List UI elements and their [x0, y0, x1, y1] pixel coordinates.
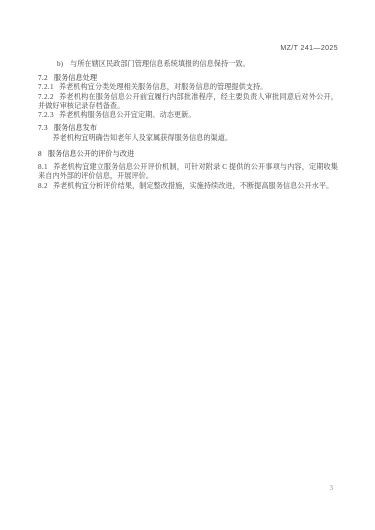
- clause-text: 养老机构服务信息公开宜定期、动态更新。: [59, 111, 196, 119]
- list-item-text: 与所在辖区民政部门管理信息系统填报的信息保持一致。: [70, 60, 250, 68]
- paragraph-text: 养老机构宜明确告知老年人及家属获得服务信息的渠道。: [52, 134, 232, 142]
- section-title: 服务信息发布: [54, 124, 97, 132]
- paragraph-7-3: 养老机构宜明确告知老年人及家属获得服务信息的渠道。: [38, 134, 338, 143]
- section-heading-7-2: 7.2服务信息处理: [38, 74, 338, 83]
- clause-text: 养老机构在服务信息公开前宜履行内部批准程序，经主要负责人审批同意后对外公开，并做…: [38, 93, 338, 110]
- clause-text: 养老机构宜分类处理相关服务信息，对服务信息的管理提供支持。: [59, 83, 267, 91]
- document-content: b)与所在辖区民政部门管理信息系统填报的信息保持一致。 7.2服务信息处理 7.…: [38, 60, 338, 191]
- clause-8-1: 8.1养老机构宜建立服务信息公开评价机制，可针对附录 C 提供的公开事项与内容，…: [38, 163, 338, 182]
- section-title: 服务信息处理: [54, 74, 97, 82]
- clause-number: 8.2: [38, 182, 48, 190]
- section-number: 7.3: [38, 124, 48, 132]
- page-number: 3: [330, 484, 334, 492]
- section-number: 8: [38, 150, 42, 158]
- clause-text: 养老机构宜建立服务信息公开评价机制，可针对附录 C 提供的公开事项与内容，定期收…: [38, 163, 338, 180]
- section-title: 服务信息公开的评价与改进: [48, 150, 134, 158]
- clause-8-2: 8.2养老机构宜分析评价结果，制定整改措施，实施持续改进，不断提高服务信息公开水…: [38, 182, 338, 191]
- list-item-b: b)与所在辖区民政部门管理信息系统填报的信息保持一致。: [38, 60, 338, 69]
- document-page: MZ/T 241—2025 b)与所在辖区民政部门管理信息系统填报的信息保持一致…: [0, 0, 375, 530]
- clause-text: 养老机构宜分析评价结果，制定整改措施，实施持续改进，不断提高服务信息公开水平。: [53, 182, 333, 190]
- section-heading-7-3: 7.3服务信息发布: [38, 124, 338, 133]
- clause-7-2-1: 7.2.1养老机构宜分类处理相关服务信息，对服务信息的管理提供支持。: [38, 83, 338, 92]
- clause-7-2-3: 7.2.3养老机构服务信息公开宜定期、动态更新。: [38, 111, 338, 120]
- standard-number-header: MZ/T 241—2025: [280, 45, 338, 52]
- clause-number: 7.2.1: [38, 83, 54, 91]
- section-number: 7.2: [38, 74, 48, 82]
- section-heading-8: 8服务信息公开的评价与改进: [38, 150, 338, 159]
- list-item-marker: b): [57, 60, 63, 68]
- clause-number: 7.2.2: [38, 93, 54, 101]
- clause-number: 8.1: [38, 163, 48, 171]
- clause-number: 7.2.3: [38, 111, 54, 119]
- clause-7-2-2: 7.2.2养老机构在服务信息公开前宜履行内部批准程序，经主要负责人审批同意后对外…: [38, 93, 338, 112]
